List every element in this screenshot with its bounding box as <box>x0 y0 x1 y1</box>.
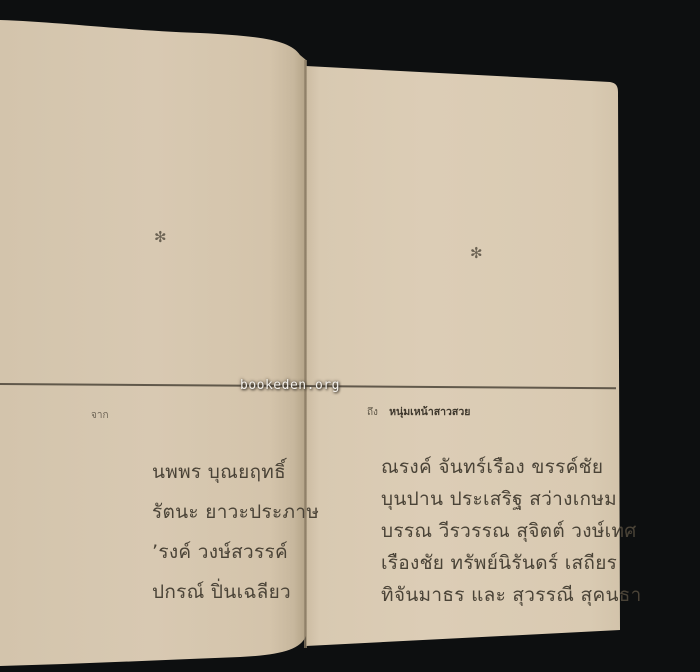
watermark-text: bookeden.org <box>240 378 340 393</box>
recipient-names-list: ณรงค์ จันทร์เรือง ขรรค์ชัย บุนปาน ประเสร… <box>381 451 621 611</box>
author-name: ปกรณ์ ปิ่นเฉลียว <box>152 572 310 612</box>
asterisk-ornament-icon: ✻ <box>470 246 483 261</box>
author-names-list: นพพร บุณยฤทธิ์ รัตนะ ยาวะประภาษ ’รงค์ วง… <box>152 452 310 612</box>
author-name: นพพร บุณยฤทธิ์ <box>152 452 310 492</box>
book-photo: ✻ ✻ จาก ถึง หนุ่มเหน้าสาวสวย นพพร บุณยฤท… <box>0 0 700 672</box>
to-heading: ถึง หนุ่มเหน้าสาวสวย <box>367 403 470 420</box>
recipient-name-line: ทิจันมาธร และ สุวรรณี สุคนธา <box>381 579 621 611</box>
recipient-name-line: เรืองชัย ทรัพย์นิรันดร์ เสถียร <box>381 547 621 579</box>
asterisk-ornament-icon: ✻ <box>154 230 167 245</box>
author-name: ’รงค์ วงษ์สวรรค์ <box>152 532 310 572</box>
recipient-label: หนุ่มเหน้าสาวสวย <box>389 406 470 418</box>
recipient-name-line: ณรงค์ จันทร์เรือง ขรรค์ชัย <box>381 451 621 483</box>
author-name: รัตนะ ยาวะประภาษ <box>152 492 310 532</box>
recipient-name-line: บุนปาน ประเสริฐ สว่างเกษม <box>381 483 621 515</box>
recipient-name-line: บรรณ วีรวรรณ สุจิตต์ วงษ์เทศ <box>381 515 621 547</box>
from-label: จาก <box>91 408 109 423</box>
to-label: ถึง <box>367 407 378 418</box>
